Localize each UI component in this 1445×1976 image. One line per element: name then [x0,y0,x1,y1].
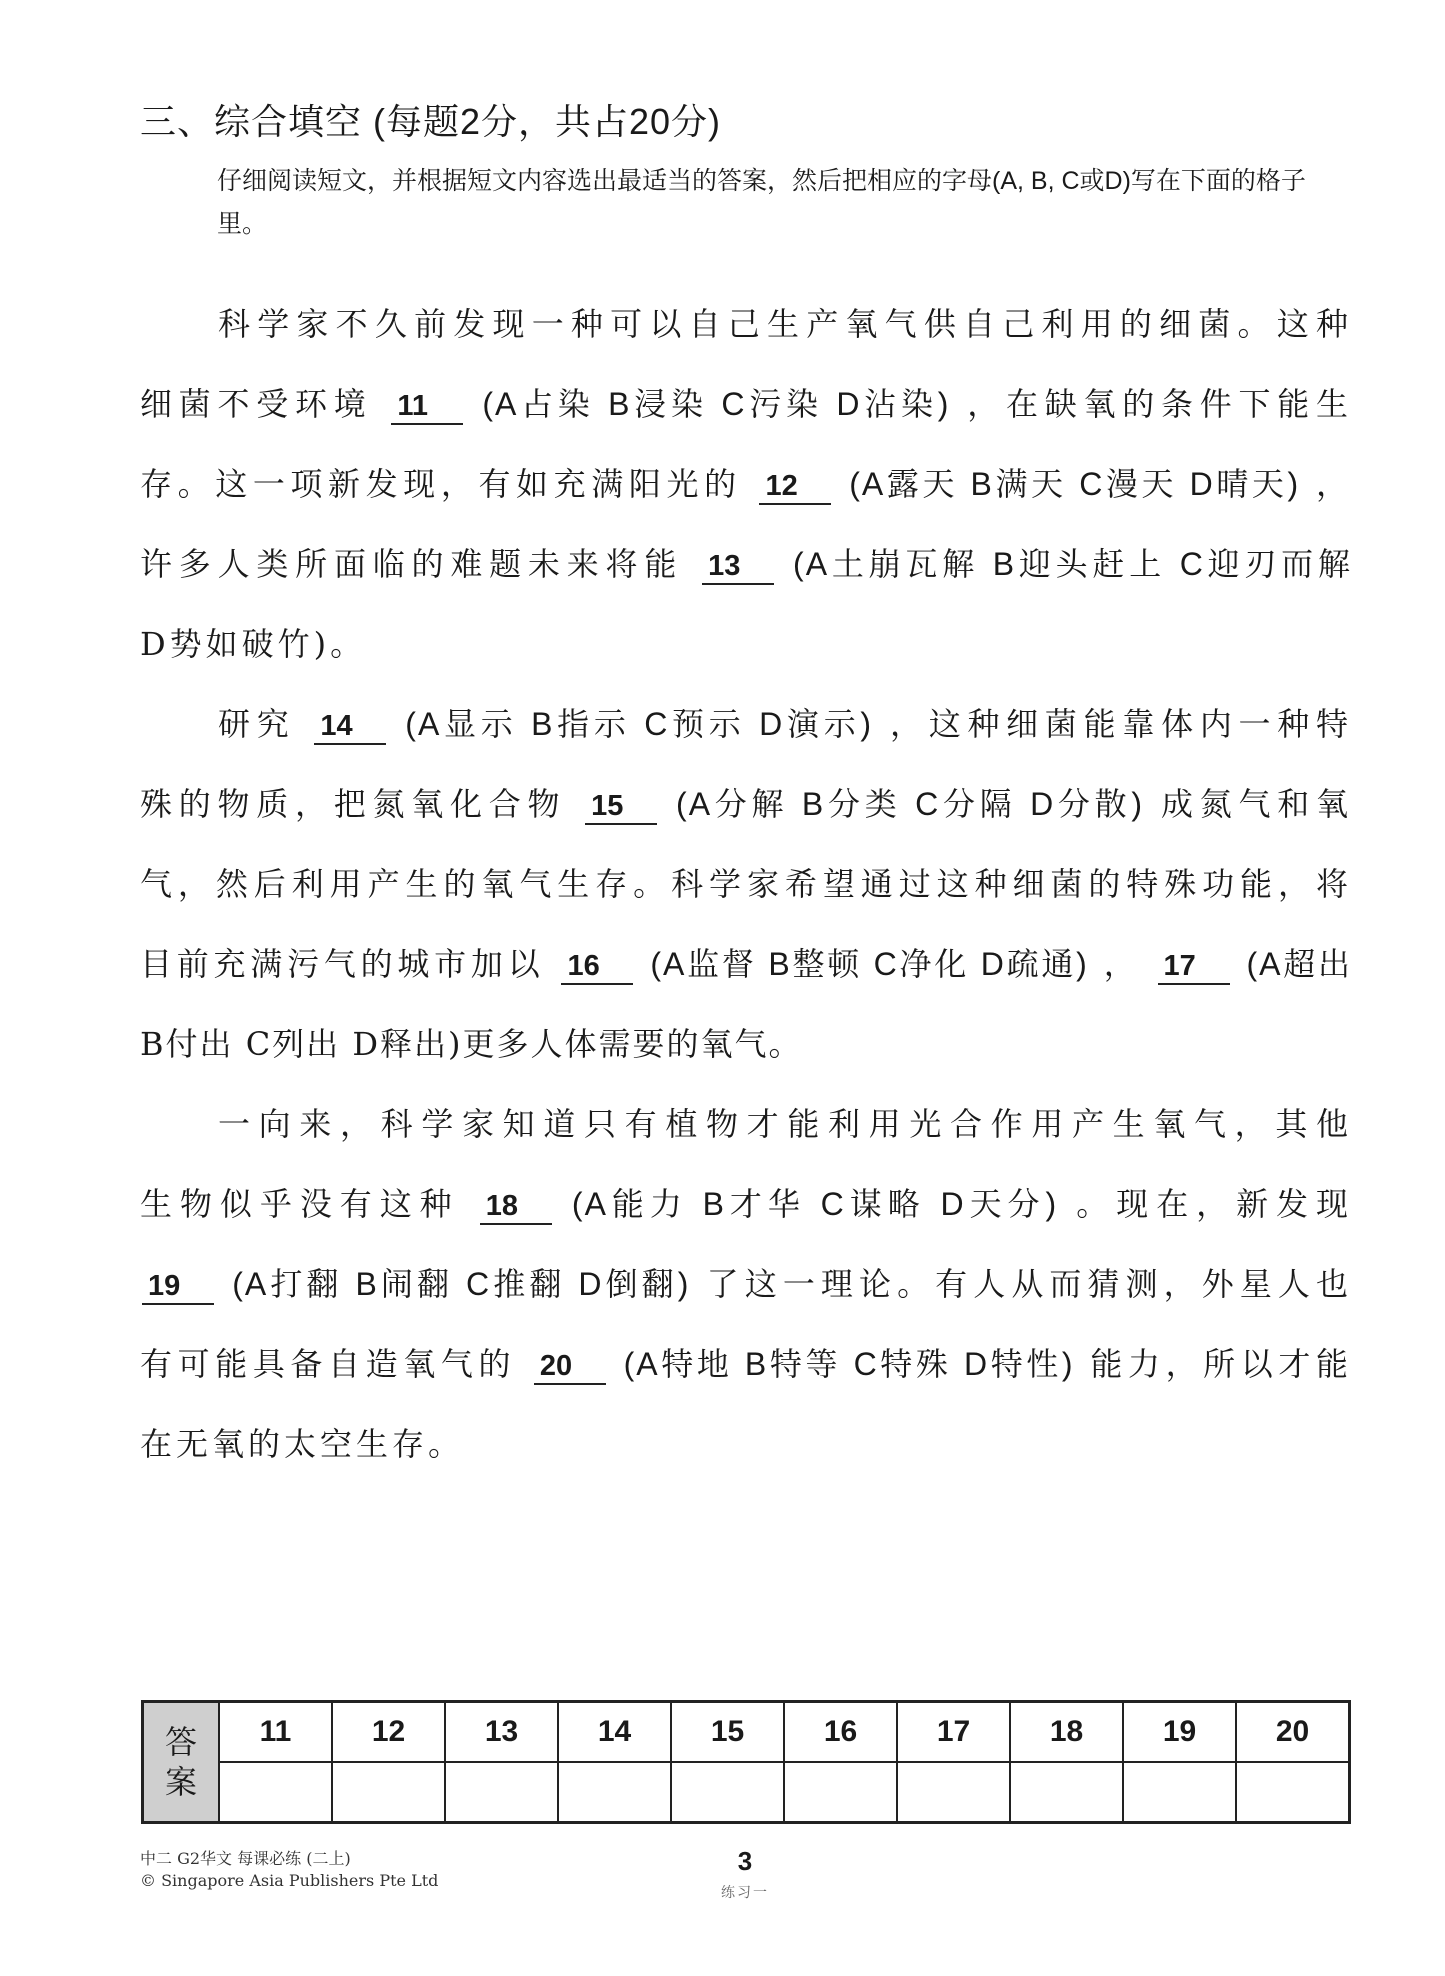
text-segment: B付出 C列出 D释出)更多人体需要的氧气。 [140,1025,803,1063]
instructions: 仔细阅读短文，并根据短文内容选出最适当的答案，然后把相应的字母(A, B, C或… [217,160,1352,246]
options-14: (A显示 B指示 C预示 D演示) [405,706,873,742]
question-number: 13 [445,1702,558,1763]
text-segment: ， [1104,945,1141,983]
options-18: (A能力 B才华 C谋略 D天分) [572,1186,1058,1222]
answer-label: 答 案 [143,1702,220,1823]
options-16: (A监督 B整顿 C净化 D疏通) [650,946,1088,982]
passage-line: 科学家不久前发现一种可以自己生产氧气供自己利用的细菌。这种 [140,296,1352,376]
answer-cell-11[interactable] [219,1762,332,1823]
text-segment: 在无氧的太空生存。 [140,1425,464,1463]
text-segment: ， [1316,465,1352,503]
passage-line: 研究 14 (A显示 B指示 C预示 D演示) ，这种细菌能靠体内一种特 [140,696,1352,776]
question-number: 18 [1010,1702,1123,1763]
question-number: 16 [784,1702,897,1763]
text-segment: 研究 [218,705,295,743]
passage: 科学家不久前发现一种可以自己生产氧气供自己利用的细菌。这种 细菌不受环境 11 … [140,296,1352,1496]
text-segment: 殊的物质，把氮氧化合物 [140,785,566,823]
section-title: 三、综合填空 (每题2分，共占20分) [140,100,721,144]
blank-14: 14 [314,709,386,745]
options-11: (A占染 B浸染 C污染 D沾染) [482,386,950,422]
options-13: (A土崩瓦解 B迎头赶上 C迎刃而解 [793,546,1352,582]
question-number: 11 [219,1702,332,1763]
blank-12: 12 [759,469,831,505]
text-segment: 细菌不受环境 [140,385,372,423]
footer-info: 中二 G2华文 每课必练 (二上) © Singapore Asia Publi… [140,1848,438,1892]
text-segment: 气，然后利用产生的氧气生存。科学家希望通过这种细菌的特殊功能，将 [140,865,1352,903]
answer-cell-16[interactable] [784,1762,897,1823]
blank-18: 18 [480,1189,552,1225]
text-segment: D势如破竹)。 [140,625,366,663]
question-number: 12 [332,1702,445,1763]
text-segment: 成氮气和氧 [1161,785,1352,823]
blank-19: 19 [142,1269,214,1305]
question-number: 14 [558,1702,671,1763]
copyright: © Singapore Asia Publishers Pte Ltd [140,1870,438,1892]
passage-line: 19 (A打翻 B闹翻 C推翻 D倒翻) 了这一理论。有人从而猜测，外星人也 [140,1256,1352,1336]
text-segment: 有可能具备自造氧气的 [140,1345,516,1383]
answer-table: 答 案 11 12 13 14 15 16 17 18 19 20 [141,1700,1351,1824]
blank-13: 13 [702,549,774,585]
text-segment: 生物似乎没有这种 [140,1185,460,1223]
options-20: (A特地 B特等 C特殊 D特性) [624,1346,1075,1382]
answer-cell-15[interactable] [671,1762,784,1823]
answer-label-bottom: 案 [144,1762,218,1802]
passage-line: 有可能具备自造氧气的 20 (A特地 B特等 C特殊 D特性) 能力，所以才能 [140,1336,1352,1416]
answer-cell-20[interactable] [1236,1762,1350,1823]
options-15: (A分解 B分类 C分隔 D分散) [676,786,1144,822]
blank-20: 20 [534,1349,606,1385]
options-19: (A打翻 B闹翻 C推翻 D倒翻) [232,1266,690,1302]
text-segment: 目前充满污气的城市加以 [140,945,544,983]
text-segment: 许多人类所面临的难题未来将能 [140,545,683,583]
answer-cell-18[interactable] [1010,1762,1123,1823]
blank-15: 15 [585,789,657,825]
blank-17: 17 [1158,949,1230,985]
passage-line: B付出 C列出 D释出)更多人体需要的氧气。 [140,1016,1352,1096]
question-number: 17 [897,1702,1010,1763]
passage-line: 目前充满污气的城市加以 16 (A监督 B整顿 C净化 D疏通) ， 17 (A… [140,936,1352,1016]
exercise-label: 练习一 [700,1882,790,1902]
passage-line: 许多人类所面临的难题未来将能 13 (A土崩瓦解 B迎头赶上 C迎刃而解 [140,536,1352,616]
passage-line: 细菌不受环境 11 (A占染 B浸染 C污染 D沾染) ，在缺氧的条件下能生 [140,376,1352,456]
text-segment: 一向来，科学家知道只有植物才能利用光合作用产生氧气，其他 [218,1105,1352,1143]
options-17-start: (A超出 [1246,946,1352,982]
question-number: 15 [671,1702,784,1763]
passage-line: 气，然后利用产生的氧气生存。科学家希望通过这种细菌的特殊功能，将 [140,856,1352,936]
question-number: 20 [1236,1702,1350,1763]
text-segment: 存。这一项新发现，有如充满阳光的 [140,465,742,503]
options-12: (A露天 B满天 C漫天 D晴天) [849,466,1300,502]
text-segment: ，在缺氧的条件下能生 [967,385,1352,423]
answer-cell-19[interactable] [1123,1762,1236,1823]
text-segment: ，这种细菌能靠体内一种特 [890,705,1352,743]
answer-cell-13[interactable] [445,1762,558,1823]
text-segment: 科学家不久前发现一种可以自己生产氧气供自己利用的细菌。这种 [218,305,1352,343]
passage-line: 一向来，科学家知道只有植物才能利用光合作用产生氧气，其他 [140,1096,1352,1176]
book-title: 中二 G2华文 每课必练 (二上) [140,1848,438,1870]
answer-cell-17[interactable] [897,1762,1010,1823]
answer-cell-14[interactable] [558,1762,671,1823]
passage-line: 生物似乎没有这种 18 (A能力 B才华 C谋略 D天分) 。现在，新发现 [140,1176,1352,1256]
passage-line: 殊的物质，把氮氧化合物 15 (A分解 B分类 C分隔 D分散) 成氮气和氧 [140,776,1352,856]
page-number: 3 [700,1846,790,1876]
blank-16: 16 [561,949,633,985]
question-number: 19 [1123,1702,1236,1763]
answer-label-top: 答 [144,1722,218,1762]
passage-line: 在无氧的太空生存。 [140,1416,1352,1496]
text-segment: 了这一理论。有人从而猜测，外星人也 [707,1265,1352,1303]
text-segment: 。现在，新发现 [1076,1185,1352,1223]
passage-line: D势如破竹)。 [140,616,1352,696]
blank-11: 11 [391,389,463,425]
answer-cell-12[interactable] [332,1762,445,1823]
text-segment: 能力，所以才能 [1090,1345,1352,1383]
passage-line: 存。这一项新发现，有如充满阳光的 12 (A露天 B满天 C漫天 D晴天) ， [140,456,1352,536]
